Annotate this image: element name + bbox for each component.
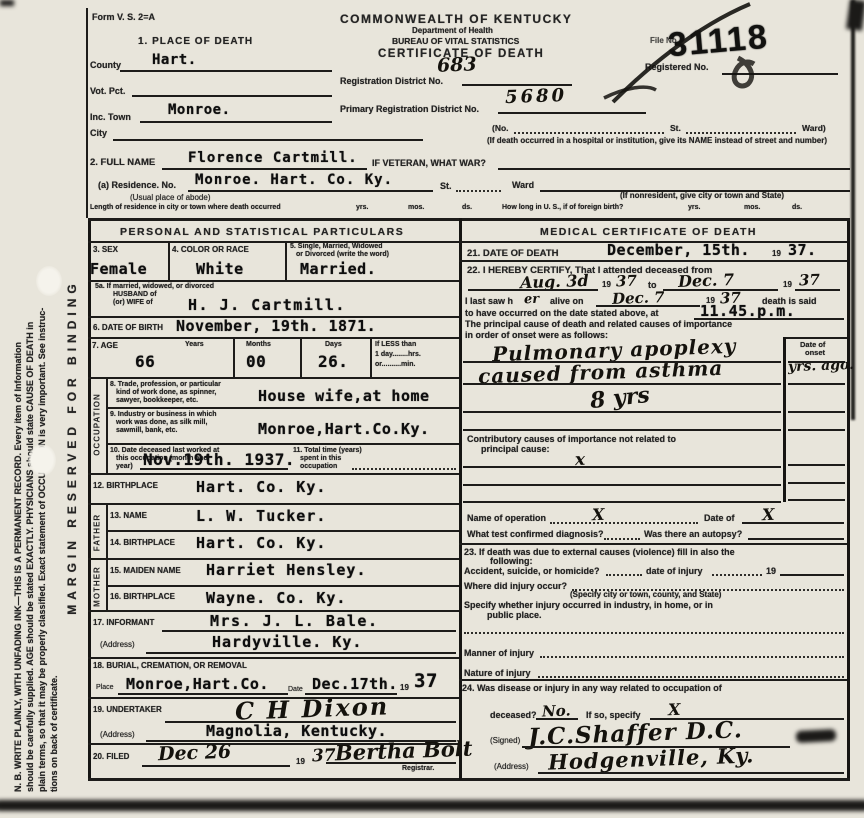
- primary-reg-value: 5680: [505, 85, 568, 108]
- contributory-line-2: principal cause:: [481, 444, 550, 454]
- registrar-signature: Bertha Bolt: [335, 736, 473, 766]
- age-less-2: 1 day........hrs.: [375, 351, 421, 358]
- total-time-label-1: 11. Total time (years): [293, 447, 362, 454]
- mother-name-label: 15. MAIDEN NAME: [110, 566, 181, 575]
- filed-date-value: Dec 26: [158, 741, 232, 766]
- mother-name-value: Harriet Hensley.: [206, 561, 367, 579]
- primary-reg-label: Primary Registration District No.: [340, 104, 479, 114]
- total-time-label-3: occupation: [300, 463, 337, 470]
- from-year-value: 37: [616, 272, 637, 291]
- deceased-label: deceased?: [490, 710, 537, 720]
- signed-address-label: (Address): [494, 762, 529, 771]
- contrib-rule-right: [788, 482, 845, 484]
- box-bottom-border: [88, 778, 850, 781]
- cause-rule: [463, 383, 781, 385]
- accident-line: [606, 574, 642, 576]
- row-rule: [459, 543, 847, 545]
- form-number: Form V. S. 2=A: [92, 12, 155, 22]
- dob-value: November, 19th. 1871.: [176, 317, 376, 335]
- burial-year-value: 37: [414, 670, 438, 692]
- burial-date-value: Dec.17th.: [312, 675, 398, 693]
- row-rule: [88, 503, 459, 505]
- last-saw-her: er: [524, 292, 540, 308]
- operation-label: Name of operation: [467, 513, 546, 523]
- total-time-label-2: spent in this: [300, 455, 341, 462]
- spacer-line: [464, 632, 844, 634]
- city-no-line: [514, 132, 664, 134]
- age-months-label: Months: [246, 341, 271, 348]
- city-ward-label: Ward): [802, 123, 826, 133]
- nature-label: Nature of injury: [464, 668, 531, 678]
- dob-label: 6. DATE OF BIRTH: [93, 323, 163, 332]
- pen-flourish: [598, 0, 798, 110]
- row-rule: [88, 337, 459, 339]
- industry-label-1: 9. Industry or business in which: [110, 411, 217, 418]
- box-top-border: [88, 218, 850, 221]
- autopsy-line: [748, 538, 844, 540]
- cell-divider: [370, 337, 372, 377]
- father-vertical-label: FATHER: [93, 503, 102, 563]
- personal-title-rule: [88, 241, 459, 243]
- father-name-value: L. W. Tucker.: [196, 507, 326, 525]
- date-of-death-value: December, 15th.: [607, 241, 750, 259]
- burial-line: [118, 693, 288, 695]
- length-ds: ds.: [462, 204, 472, 211]
- informant-address-value: Hardyville. Ky.: [212, 633, 362, 651]
- medical-section-title: MEDICAL CERTIFICATE OF DEATH: [540, 226, 757, 238]
- contrib-rule: [463, 501, 781, 503]
- where-note: (Specify city or town, county, and State…: [570, 590, 721, 599]
- if-so-label: If so, specify: [586, 710, 641, 720]
- cell-divider: [300, 337, 302, 377]
- informant-label: 17. INFORMANT: [93, 618, 154, 627]
- from-year-prefix: 19: [602, 280, 611, 289]
- onset-box-left: [783, 337, 786, 502]
- personal-section-title: PERSONAL AND STATISTICAL PARTICULARS: [120, 226, 404, 238]
- veteran-label: IF VETERAN, WHAT WAR?: [372, 158, 486, 168]
- margin-binding-label: MARGIN RESERVED FOR BINDING: [65, 102, 79, 792]
- commonwealth-title: COMMONWEALTH OF KENTUCKY: [340, 12, 572, 26]
- industry-value: Monroe,Hart.Co.Ky.: [258, 420, 430, 438]
- external-line-2: following:: [490, 556, 533, 566]
- inc-town-value: Monroe.: [168, 102, 231, 118]
- sex-value: Female: [90, 260, 147, 278]
- trade-label-2: kind of work done, as spinner,: [116, 389, 216, 396]
- marital-label-1: 5. Single, Married, Widowed: [290, 243, 383, 250]
- primary-reg-line: [498, 112, 646, 114]
- autopsy-label: Was there an autopsy?: [644, 529, 742, 539]
- operation-date-label: Date of: [704, 513, 735, 523]
- county-line: [120, 70, 332, 72]
- city-st-line: [686, 132, 796, 134]
- burial-place-label: Place: [96, 684, 114, 691]
- marital-value: Married.: [300, 260, 376, 278]
- to-year-prefix: 19: [783, 280, 792, 289]
- certify-line: 22. I HEREBY CERTIFY, That I attended de…: [467, 265, 712, 276]
- veteran-line: [498, 168, 850, 170]
- father-birthplace-value: Hart. Co. Ky.: [196, 534, 326, 552]
- last-worked-value: Nov.19th. 1937.: [143, 450, 295, 469]
- cause-rule: [463, 429, 781, 431]
- foreign-birth-label: How long in U. S., if of foreign birth?: [502, 204, 623, 211]
- scan-corner-mark: [0, 0, 14, 6]
- last-worked-label-3: year): [116, 463, 133, 470]
- age-days-value: 26.: [318, 352, 348, 371]
- box-right-border: [847, 218, 850, 780]
- industry-label-2: work was done, as silk mill,: [116, 419, 207, 426]
- if-so-value: X: [668, 700, 681, 719]
- inc-town-line: [140, 121, 332, 123]
- where-label: Where did injury occur?: [464, 581, 567, 591]
- row-rule: [459, 260, 847, 262]
- husband-label-2: HUSBAND of: [113, 291, 157, 298]
- occupation-question: 24. Was disease or injury in any way rel…: [462, 683, 722, 693]
- age-less-1: If LESS than: [375, 341, 416, 348]
- residence-ward-label: Ward: [512, 180, 534, 190]
- dod-year-prefix: 19: [772, 249, 781, 258]
- full-name-line: [162, 168, 367, 170]
- occupation-vertical-label: OCCUPATION: [93, 380, 102, 470]
- injury-19: 19: [766, 566, 776, 576]
- sex-label: 3. SEX: [93, 245, 118, 254]
- father-name-label: 13. NAME: [110, 511, 147, 520]
- date-of-death-label: 21. DATE OF DEATH: [467, 248, 559, 259]
- row-rule: [88, 657, 459, 659]
- filed-label: 20. FILED: [93, 752, 129, 761]
- birthplace-label: 12. BIRTHPLACE: [93, 481, 158, 490]
- signed-address-line: [538, 772, 844, 774]
- operation-date-line: [742, 522, 844, 524]
- vot-pct-label: Vot. Pct.: [90, 86, 125, 96]
- occupation-strip-rule: [106, 377, 108, 473]
- to-year-line: [795, 289, 840, 291]
- test-line: [604, 538, 640, 540]
- age-years-value: 66: [135, 352, 155, 371]
- accident-label: Accident, suicide, or homicide?: [464, 566, 600, 576]
- city-line: [113, 139, 423, 141]
- manner-line: [540, 656, 844, 658]
- abode-note: (Usual place of abode): [130, 193, 211, 202]
- registrar-line: [326, 762, 456, 764]
- age-days-label: Days: [325, 341, 342, 348]
- last-saw-mid: alive on: [550, 296, 584, 306]
- nature-line: [538, 676, 844, 678]
- bureau-subtitle: BUREAU OF VITAL STATISTICS: [392, 36, 519, 46]
- row-rule: [88, 558, 459, 560]
- husband-label-3: (or) WIFE of: [113, 299, 153, 306]
- inc-town-label: Inc. Town: [90, 112, 131, 122]
- burial-place-value: Monroe,Hart.Co.: [126, 675, 269, 693]
- burial-label: 18. BURIAL, CREMATION, OR REMOVAL: [93, 661, 247, 670]
- principal-line-1: The principal cause of death and related…: [465, 319, 732, 329]
- undertaker-address-label: (Address): [100, 730, 135, 739]
- row-rule: [459, 679, 847, 681]
- last-saw-line: [596, 305, 700, 307]
- manner-label: Manner of injury: [464, 648, 534, 658]
- county-value: Hart.: [152, 52, 197, 68]
- row-rule: [106, 407, 459, 409]
- trade-label-3: sawyer, bookkeeper, etc.: [116, 397, 198, 404]
- onset-label-2: onset: [805, 348, 825, 357]
- mother-birthplace-label: 16. BIRTHPLACE: [110, 592, 175, 601]
- marital-label-2: or Divorced (write the word): [296, 251, 389, 258]
- last-worked-line: [140, 468, 288, 470]
- injury-year-line: [780, 574, 844, 576]
- injury-date-line: [712, 574, 762, 576]
- residence-line: [188, 190, 433, 192]
- foreign-mos: mos.: [744, 204, 760, 211]
- margin-note-line: N. B. WRITE PLAINLY, WITH UNFADING INK—T…: [12, 102, 24, 792]
- age-label: 7. AGE: [92, 341, 118, 350]
- contrib-rule: [463, 484, 781, 486]
- operation-date-value: X: [762, 505, 775, 524]
- contrib-rule-right: [788, 464, 845, 466]
- residence-st-line: [456, 190, 501, 192]
- city-st-label: St.: [670, 123, 681, 133]
- operation-line: [550, 522, 698, 524]
- deceased-line: [536, 718, 578, 720]
- total-time-line: [352, 468, 456, 470]
- contrib-rule: [463, 466, 781, 468]
- city-hospital-note: (If death occurred in a hospital or inst…: [487, 136, 827, 145]
- dod-year-value: 37.: [788, 241, 817, 259]
- row-rule: [106, 443, 459, 445]
- mother-vertical-label: MOTHER: [93, 557, 102, 617]
- row-rule: [88, 473, 459, 475]
- row-rule: [106, 585, 459, 587]
- industry-label-3: sawmill, bank, etc.: [116, 427, 177, 434]
- cell-divider: [168, 241, 170, 280]
- city-label: City: [90, 128, 107, 138]
- scan-corner-mark: [846, 0, 864, 31]
- attended-to-value: Dec. 7: [678, 270, 735, 291]
- father-birthplace-label: 14. BIRTHPLACE: [110, 538, 175, 547]
- occurred-line: to have occurred on the date stated abov…: [465, 308, 659, 318]
- undertaker-address-value: Magnolia, Kentucky.: [206, 722, 387, 740]
- undertaker-label: 19. UNDERTAKER: [93, 705, 162, 714]
- age-less-3: or..........min.: [375, 361, 415, 368]
- informant-line: [162, 630, 456, 632]
- place-of-death-heading: 1. PLACE OF DEATH: [138, 36, 253, 47]
- burial-date-label: Date: [288, 686, 303, 693]
- row-rule: [88, 280, 459, 282]
- city-no-label: (No.: [492, 123, 509, 133]
- specify-line-1: Specify whether injury occurred in indus…: [464, 600, 713, 610]
- reg-district-value: 683: [437, 53, 477, 76]
- foreign-ds: ds.: [792, 204, 802, 211]
- county-label: County: [90, 60, 121, 70]
- box-left-border: [88, 218, 91, 780]
- foreign-yrs: yrs.: [688, 204, 700, 211]
- full-name-value: Florence Cartmill.: [188, 150, 358, 166]
- signed-label: (Signed): [490, 736, 520, 745]
- length-yrs: yrs.: [356, 204, 368, 211]
- full-name-label: 2. FULL NAME: [90, 157, 155, 168]
- reg-district-label: Registration District No.: [340, 76, 443, 86]
- dept-subtitle: Department of Health: [412, 26, 493, 35]
- injury-date-label: date of injury: [646, 566, 703, 576]
- age-years-label: Years: [185, 341, 204, 348]
- husband-value: H. J. Cartmill.: [188, 296, 346, 314]
- hole-punch: [36, 266, 62, 296]
- contrib-rule-right: [788, 499, 845, 501]
- filed-year-prefix: 19: [296, 757, 305, 766]
- onset-box-top: [783, 337, 847, 339]
- scan-edge-right: [851, 0, 855, 420]
- mother-strip-rule: [106, 558, 108, 610]
- column-divider: [459, 218, 462, 780]
- row-rule: [88, 377, 459, 379]
- age-months-value: 00: [246, 352, 266, 371]
- informant-address-label: (Address): [100, 640, 135, 649]
- header-left-rule: [86, 8, 88, 218]
- test-label: What test confirmed diagnosis?: [467, 529, 604, 539]
- cause-onset-value: yrs. ago.: [788, 357, 854, 375]
- trade-value: House wife,at home: [258, 387, 430, 405]
- scan-edge-bottom: [0, 800, 864, 811]
- cause-rule: [463, 411, 781, 413]
- cell-divider: [285, 241, 287, 280]
- burial-year-prefix: 19: [400, 683, 409, 692]
- cell-divider: [233, 337, 235, 377]
- attended-from-line: [468, 289, 598, 291]
- trade-label-1: 8. Trade, profession, or particular: [110, 381, 221, 388]
- informant-value: Mrs. J. L. Bale.: [210, 612, 379, 630]
- onset-rule: [788, 411, 845, 413]
- cause-rule: [463, 361, 781, 363]
- row-rule: [106, 530, 459, 532]
- informant-address-line: [146, 652, 456, 654]
- mother-birthplace-value: Wayne. Co. Ky.: [206, 589, 346, 607]
- operation-value: X: [592, 505, 605, 524]
- birthplace-value: Hart. Co. Ky.: [196, 478, 326, 496]
- filed-line: [142, 765, 290, 767]
- last-saw-pre: I last saw h: [465, 296, 513, 306]
- length-residence-label: Length of residence in city or town wher…: [90, 204, 281, 211]
- husband-label-1: 5a. If married, widowed, or divorced: [95, 283, 214, 290]
- vot-pct-line: [132, 95, 332, 97]
- length-mos: mos.: [408, 204, 424, 211]
- onset-rule: [788, 383, 845, 385]
- race-value: White: [196, 260, 244, 278]
- onset-rule: [788, 429, 845, 431]
- death-certificate-page: N. B. WRITE PLAINLY, WITH UNFADING INK—T…: [0, 0, 864, 818]
- specify-line-2: public place.: [487, 610, 542, 620]
- ink-smudge: [796, 729, 837, 743]
- to-year-value: 37: [799, 271, 820, 290]
- race-label: 4. COLOR OR RACE: [172, 245, 249, 254]
- cause-scribble: 8 yrs: [589, 382, 651, 414]
- nonresident-note: (If nonresident, give city or town and S…: [620, 191, 784, 200]
- residence-st-label: St.: [440, 181, 452, 191]
- contributory-line-1: Contributory causes of importance not re…: [467, 434, 676, 444]
- residence-value: Monroe. Hart. Co. Ky.: [195, 172, 393, 188]
- onset-rule: [788, 361, 845, 363]
- registrar-label: Registrar.: [402, 765, 434, 772]
- residence-label: (a) Residence. No.: [98, 180, 176, 190]
- hole-punch: [28, 444, 56, 476]
